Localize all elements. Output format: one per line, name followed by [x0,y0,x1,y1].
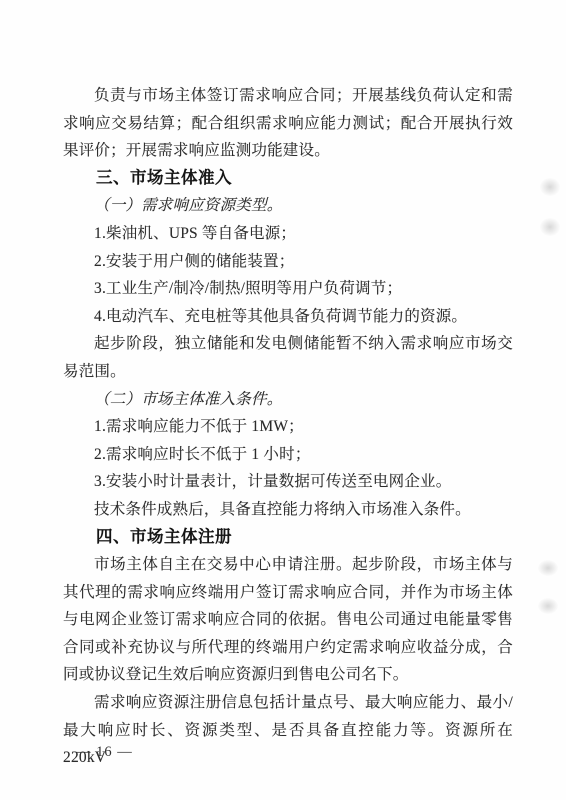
paragraph: 负责与市场主体签订需求响应合同；开展基线负荷认定和需求响应交易结算；配合组织需求… [63,82,513,165]
section-heading: 三、市场主体准入 [63,165,513,193]
sub-heading: （一）需求响应资源类型。 [63,192,513,220]
scan-smudge [540,218,560,236]
paragraph: 1.柴油机、UPS 等自备电源； [63,220,513,248]
paragraph: 起步阶段，独立储能和发电侧储能暂不纳入需求响应市场交易范围。 [63,330,513,385]
document-body: 负责与市场主体签订需求响应合同；开展基线负荷认定和需求响应交易结算；配合组织需求… [63,82,513,772]
scan-smudge [538,598,558,614]
document-page: 负责与市场主体签订需求响应合同；开展基线负荷认定和需求响应交易结算；配合组织需求… [0,0,566,800]
paragraph: 技术条件成熟后，具备直控能力将纳入市场准入条件。 [63,496,513,524]
sub-heading: （二）市场主体准入条件。 [63,386,513,414]
section-heading: 四、市场主体注册 [63,524,513,552]
page-number: — 16 — [76,744,133,761]
paragraph: 1.需求响应能力不低于 1MW； [63,413,513,441]
paragraph: 2.需求响应时长不低于 1 小时； [63,441,513,469]
paragraph: 4.电动汽车、充电桩等其他具备负荷调节能力的资源。 [63,303,513,331]
paragraph: 3.安装小时计量表计，计量数据可传送至电网企业。 [63,468,513,496]
paragraph: 市场主体自主在交易中心申请注册。起步阶段，市场主体与其代理的需求响应终端用户签订… [63,551,513,689]
scan-smudge [540,178,560,196]
paragraph: 3.工业生产/制冷/制热/照明等用户负荷调节； [63,275,513,303]
scan-smudge [538,560,558,576]
paragraph: 2.安装于用户侧的储能装置； [63,248,513,276]
